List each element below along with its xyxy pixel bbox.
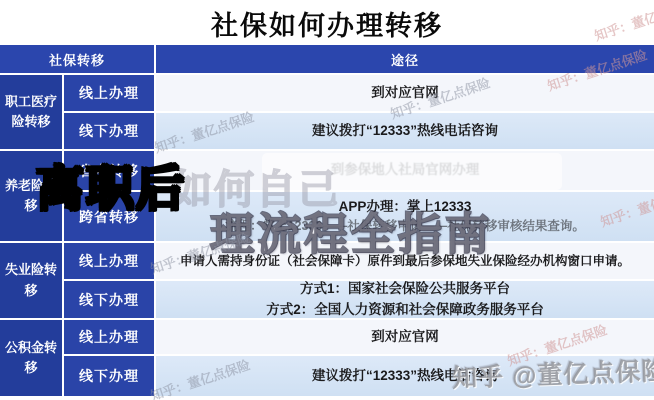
row-label: 线下办理 — [64, 281, 154, 318]
page-title: 社保如何办理转移 — [0, 4, 654, 43]
subtitle-line2-text: 理流程全指南 — [210, 198, 492, 262]
row-value-line: 方式2：全国人力资源和社会保障政务服务平台 — [266, 300, 544, 320]
category-housing-fund: 公积金转移 — [0, 320, 62, 396]
category-employee-medical: 职工医疗险转移 — [0, 75, 62, 149]
row-value-line: 到对应官网 — [371, 327, 439, 347]
row-label: 线上办理 — [64, 75, 154, 111]
row-value: 方式1：国家社会保险公共服务平台 方式2：全国人力资源和社会保障政务服务平台 — [156, 281, 654, 318]
header-cell-transfer: 社保转移 — [0, 45, 154, 73]
infographic-canvas: 社保如何办理转移 社保转移 途径 职工医疗险转移 线上办理 到对应官网 线下办理… — [0, 0, 654, 400]
row-value-line: 建议拨打“12333”热线电话咨询 — [312, 121, 498, 141]
row-label: 线下办理 — [64, 113, 154, 149]
row-value-line: 方式1：国家社会保险公共服务平台 — [300, 279, 510, 299]
subtitle-highlight-text: 离职后 — [36, 150, 186, 219]
category-unemployment: 失业险转移 — [0, 243, 62, 318]
row-label: 线上办理 — [64, 320, 154, 354]
row-label: 线上办理 — [64, 243, 154, 279]
row-label: 线下办理 — [64, 356, 154, 396]
watermark-large: 知乎 @董亿点保险 — [451, 351, 654, 394]
